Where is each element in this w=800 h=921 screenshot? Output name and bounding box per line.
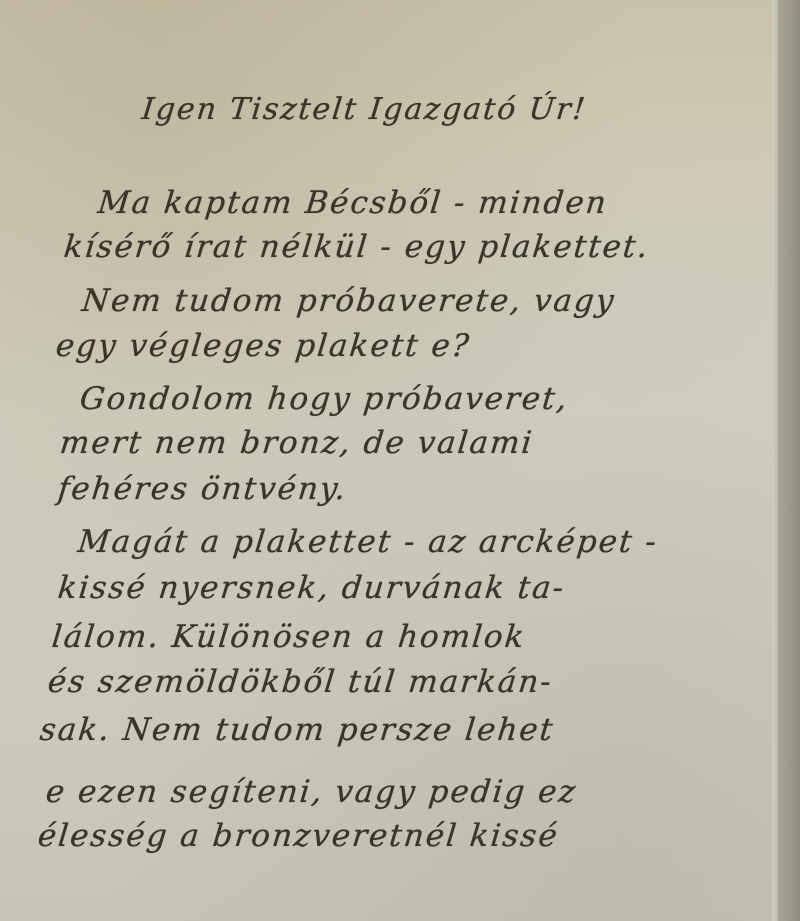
letter-line: mert nem bronz, de valami (58, 425, 535, 461)
letter-line: és szemöldökből túl markán- (46, 664, 555, 700)
letter-line: Ma kaptam Bécsből - minden (96, 185, 610, 221)
letter-line: élesség a bronzveretnél kissé (36, 818, 561, 854)
letter-line: sak. Nem tudom persze lehet (38, 712, 556, 748)
salutation: Igen Tisztelt Igazgató Úr! (140, 92, 588, 127)
letter-line: e ezen segíteni, vagy pedig ez (44, 774, 579, 810)
letter-line: lálom. Különösen a homlok (50, 619, 527, 655)
letter-line: Nem tudom próbaverete, vagy (80, 283, 617, 319)
letter-line: kissé nyersnek, durvának ta- (56, 570, 567, 606)
letter-line: fehéres öntvény. (56, 471, 349, 507)
letter-page: Igen Tisztelt Igazgató Úr! Ma kaptam Béc… (0, 0, 778, 921)
letter-line: kísérő írat nélkül - egy plakettet. (62, 229, 651, 265)
letter-line: egy végleges plakett e? (54, 328, 472, 364)
notebook-binding (778, 0, 800, 921)
letter-line: Magát a plakettet - az arcképet - (76, 524, 660, 560)
handwritten-letter: Igen Tisztelt Igazgató Úr! Ma kaptam Béc… (0, 0, 778, 921)
letter-line: Gondolom hogy próbaveret, (78, 381, 570, 417)
